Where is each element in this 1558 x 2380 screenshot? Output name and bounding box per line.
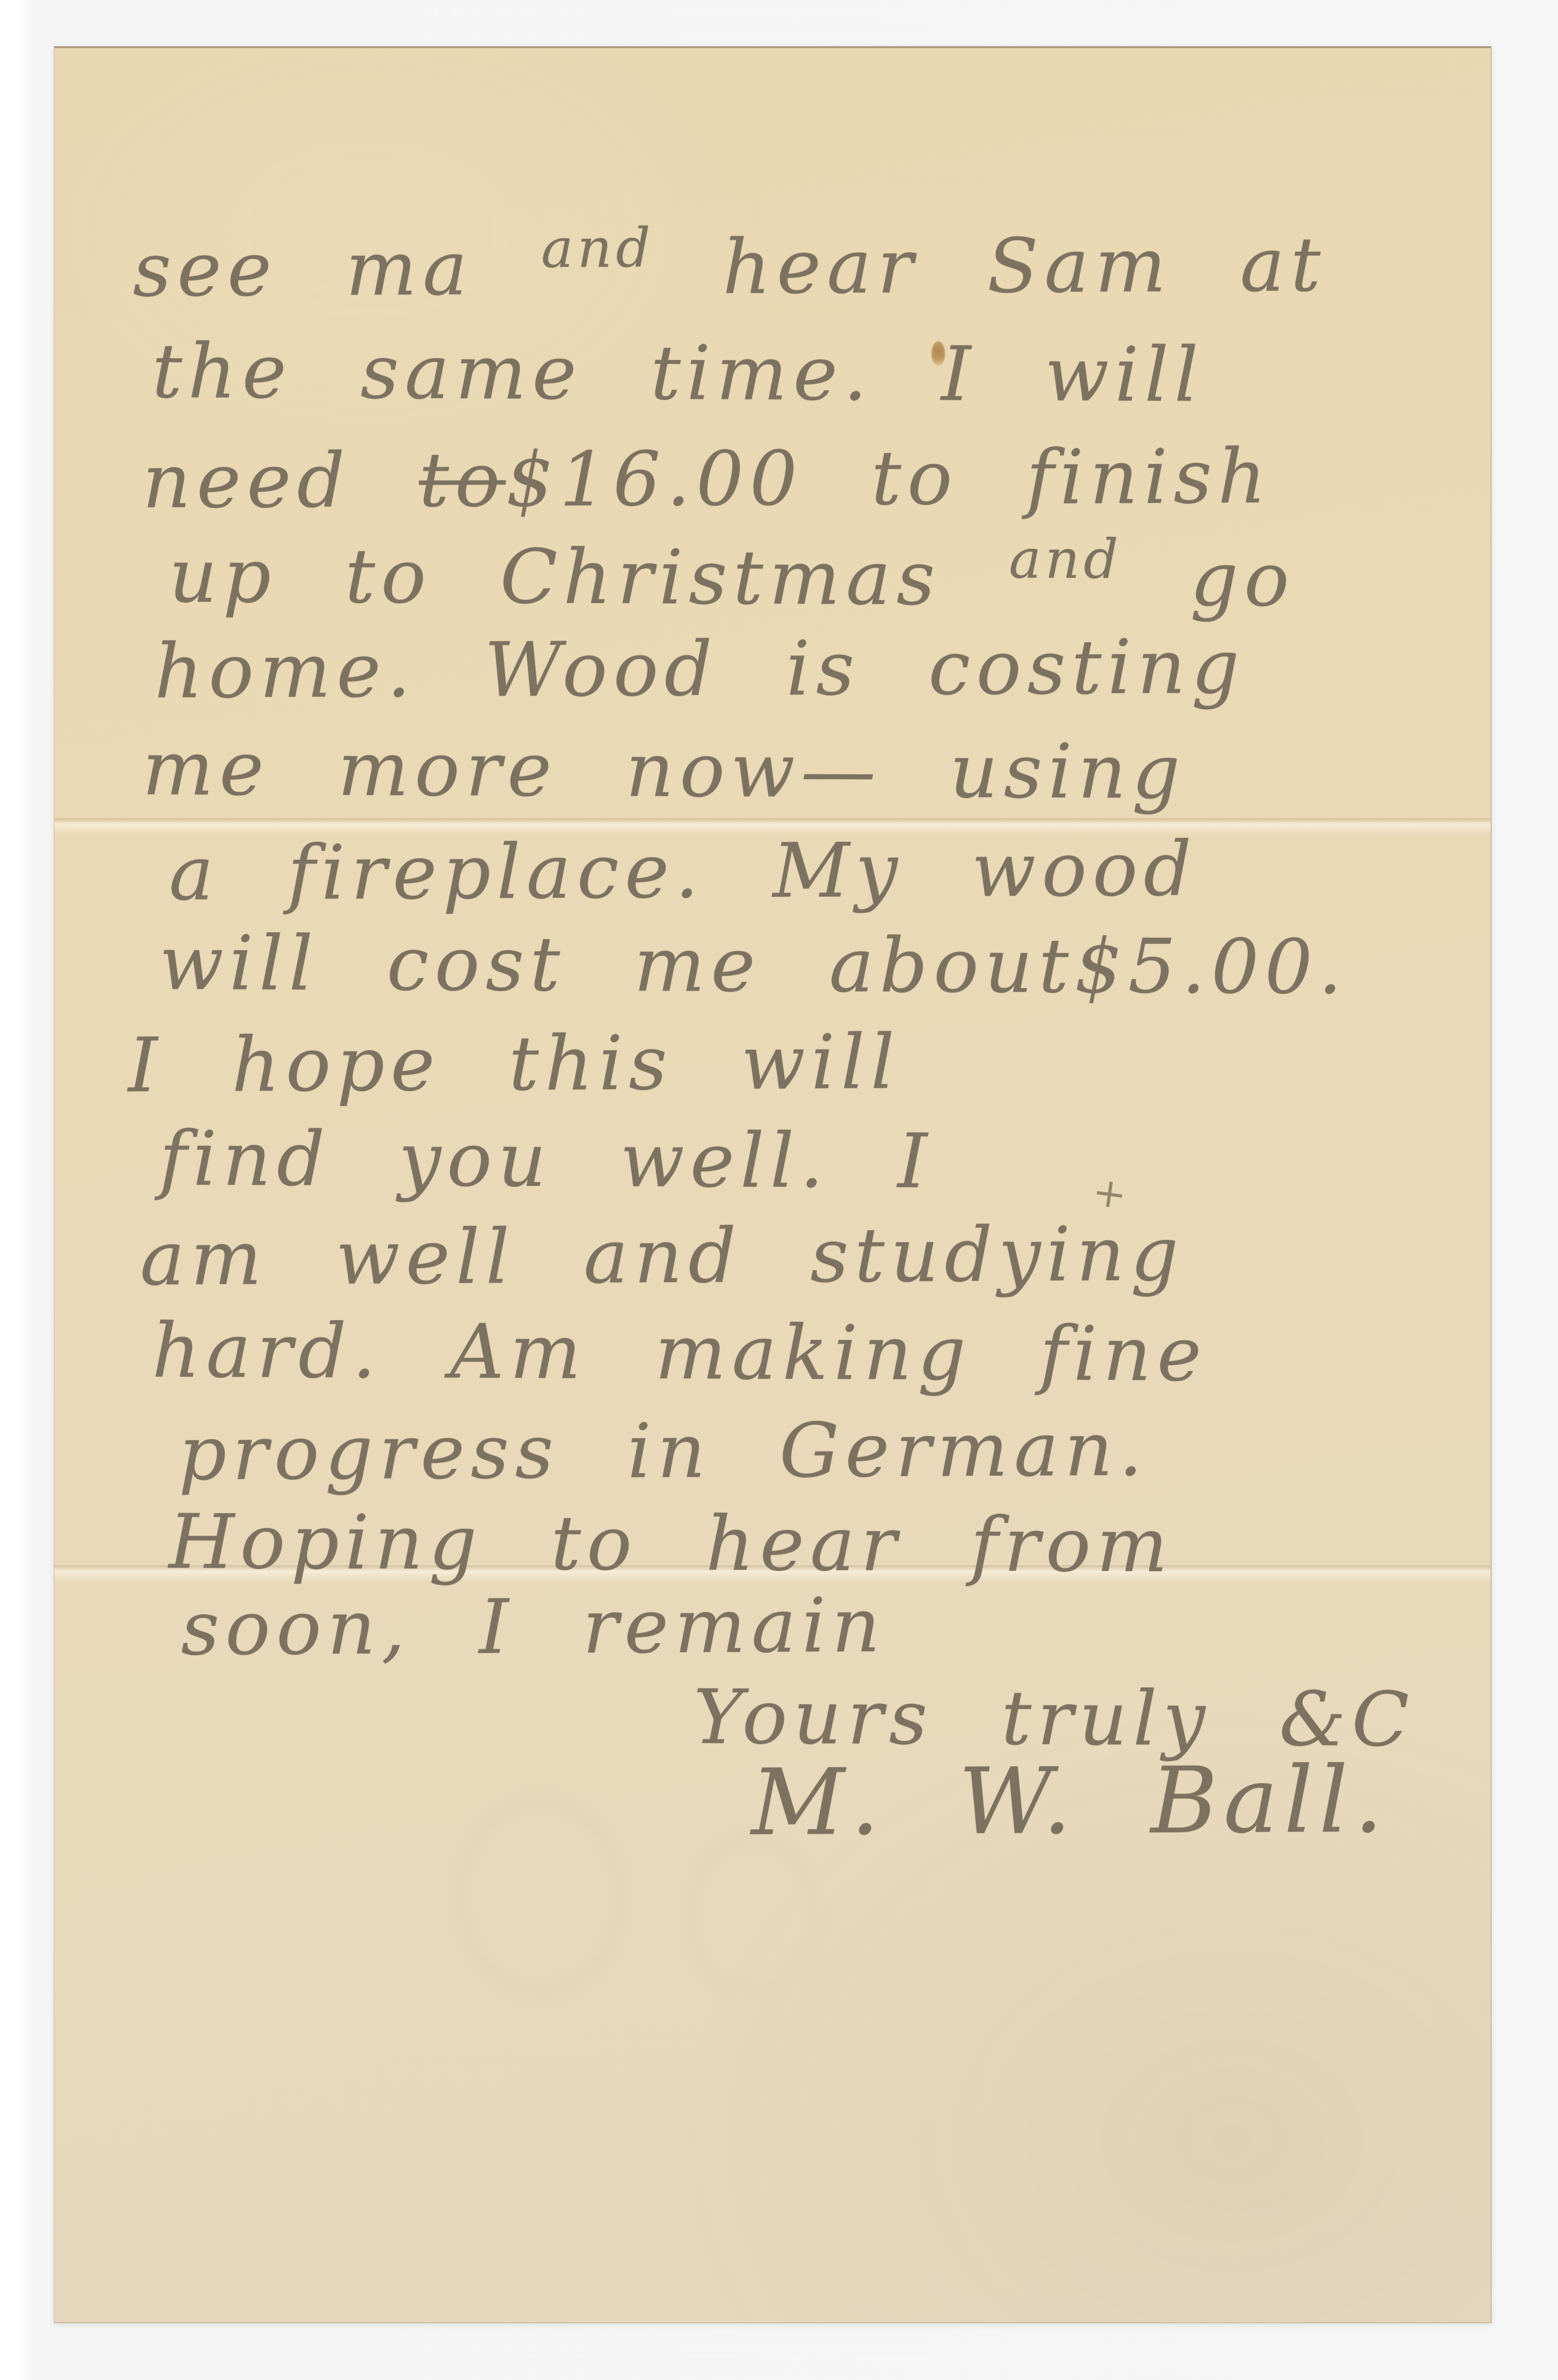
letter-line-6: me more now— using xyxy=(142,722,1186,818)
letter-line-13: progress in German. xyxy=(179,1403,1149,1499)
handwriting-text: hear Sam at xyxy=(654,221,1327,311)
handwriting-text: a fireplace. My wood xyxy=(169,825,1198,917)
letter-line-14: Hoping to hear from xyxy=(169,1496,1174,1591)
letter-line-8: will cost me about$5.00. xyxy=(159,917,1348,1013)
scan-background: { "document": { "kind": "handwritten let… xyxy=(0,0,1558,2380)
handwriting-text: the same time. I will xyxy=(152,327,1204,419)
letter-line-12: hard. Am making fine xyxy=(152,1305,1208,1400)
handwriting-text: find you well. I xyxy=(159,1115,933,1205)
handwriting-text: home. Wood is costing xyxy=(154,623,1245,715)
handwriting-text: go xyxy=(1122,535,1295,623)
handwriting-text: soon, I remain xyxy=(181,1582,886,1672)
letter-line-10: find you well. I xyxy=(159,1113,933,1207)
letter-line-4: up to Christmas and go xyxy=(169,530,1295,633)
crossed-out-word: to xyxy=(419,436,506,524)
handwriting-text: will cost me about$5.00. xyxy=(159,919,1348,1011)
letter-line-1: see ma and hear Sam at xyxy=(133,219,1327,323)
handwriting-text: Hoping to hear from xyxy=(169,1498,1174,1589)
inserted-word: and xyxy=(541,217,654,280)
letter-line-11: am well and studying xyxy=(140,1208,1185,1304)
letter-line-3: need to$16.00 to finish xyxy=(142,431,1272,527)
handwriting-text: $16.00 to finish xyxy=(506,433,1272,524)
letter-line-9: I hope this will xyxy=(128,1016,901,1111)
handwriting-text: hard. Am making fine xyxy=(152,1307,1208,1398)
handwriting-text: am well and studying xyxy=(140,1210,1185,1302)
letter-paper: + see ma and hear Sam atthe same time. I… xyxy=(54,46,1492,2323)
handwriting-text: up to Christmas xyxy=(169,532,1009,622)
letter-line-2: the same time. I will xyxy=(152,325,1204,421)
handwriting-text: progress in German. xyxy=(179,1405,1149,1497)
letter-body-text: see ma and hear Sam atthe same time. I w… xyxy=(54,48,1491,2322)
letter-line-7: a fireplace. My wood xyxy=(169,823,1198,919)
signature-line: M. W. Ball. xyxy=(751,1754,1389,1849)
handwriting-text: M. W. Ball. xyxy=(751,1747,1389,1856)
inserted-word: and xyxy=(1009,528,1123,591)
handwriting-text: see ma xyxy=(133,224,542,314)
handwriting-text: need xyxy=(142,437,419,526)
handwriting-text: I hope this will xyxy=(128,1018,901,1109)
handwriting-text: me more now— using xyxy=(142,724,1186,816)
letter-line-15: soon, I remain xyxy=(181,1580,886,1674)
letter-line-5: home. Wood is costing xyxy=(154,621,1245,717)
